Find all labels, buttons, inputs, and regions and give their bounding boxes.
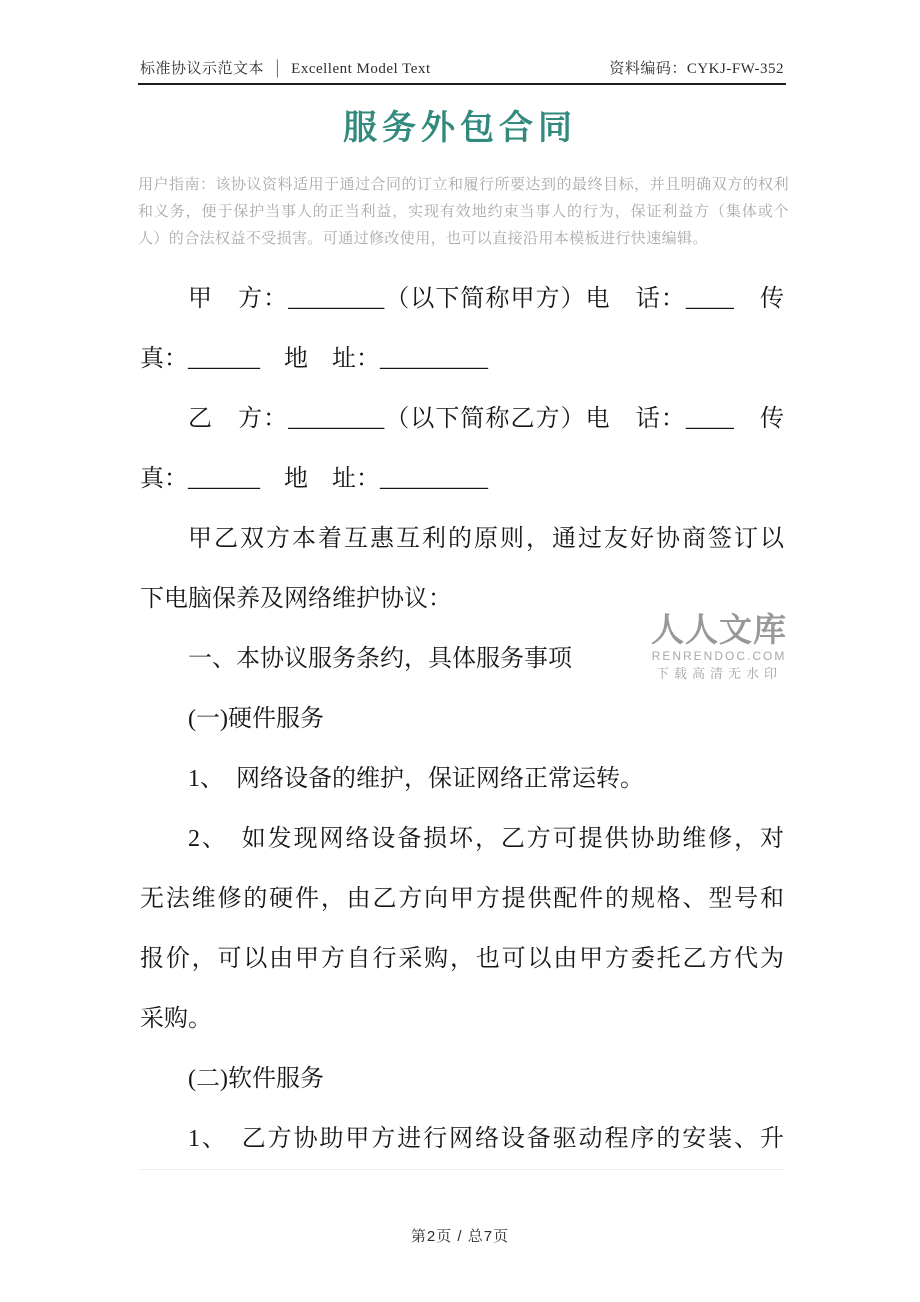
body-line: 1、 网络设备的维护，保证网络正常运转。 bbox=[140, 749, 784, 809]
header-divider: │ bbox=[272, 61, 283, 77]
contract-body: 甲 方：________（以下简称甲方）电 话：____ 传 真：______ … bbox=[140, 269, 784, 1169]
page-footer: 第2页 / 总7页 bbox=[0, 1225, 920, 1246]
body-line: 采购。 bbox=[140, 989, 784, 1049]
body-line: 甲 方：________（以下简称甲方）电 话：____ 传 bbox=[140, 269, 784, 329]
body-line: 乙 方：________（以下简称乙方）电 话：____ 传 bbox=[140, 389, 784, 449]
document-title: 服务外包合同 bbox=[0, 107, 920, 151]
body-line: 一、本协议服务条约，具体服务事项 bbox=[140, 629, 784, 689]
header-doc-code: 资料编码：CYKJ-FW-352 bbox=[609, 57, 784, 78]
body-line: 无法维修的硬件，由乙方向甲方提供配件的规格、型号和 bbox=[140, 869, 784, 929]
header-doc-type: 标准协议示范文本│Excellent Model Text bbox=[140, 57, 431, 78]
body-line: 甲乙双方本着互惠互利的原则，通过友好协商签订以 bbox=[140, 509, 784, 569]
body-line: 真：______ 地 址：_________ bbox=[140, 449, 784, 509]
body-line: (一)硬件服务 bbox=[140, 689, 784, 749]
body-line: 1、 乙方协助甲方进行网络设备驱动程序的安装、升 bbox=[140, 1109, 784, 1169]
body-line: 2、 如发现网络设备损坏，乙方可提供协助维修，对 bbox=[140, 809, 784, 869]
header-doc-type-cn: 标准协议示范文本 bbox=[140, 61, 264, 77]
page-header: 标准协议示范文本│Excellent Model Text 资料编码：CYKJ-… bbox=[138, 0, 786, 85]
body-line: 真：______ 地 址：_________ bbox=[140, 329, 784, 389]
body-line: 下电脑保养及网络维护协议： bbox=[140, 569, 784, 629]
body-line: 报价，可以由甲方自行采购，也可以由甲方委托乙方代为 bbox=[140, 929, 784, 989]
header-doc-type-en: Excellent Model Text bbox=[291, 61, 430, 77]
body-line: (二)软件服务 bbox=[140, 1049, 784, 1109]
content-bottom-rule bbox=[140, 1169, 784, 1170]
page-number-indicator: 第2页 / 总7页 bbox=[411, 1228, 509, 1245]
user-guide-note: 用户指南：该协议资料适用于通过合同的订立和履行所要达到的最终目标，并且明确双方的… bbox=[138, 172, 789, 253]
